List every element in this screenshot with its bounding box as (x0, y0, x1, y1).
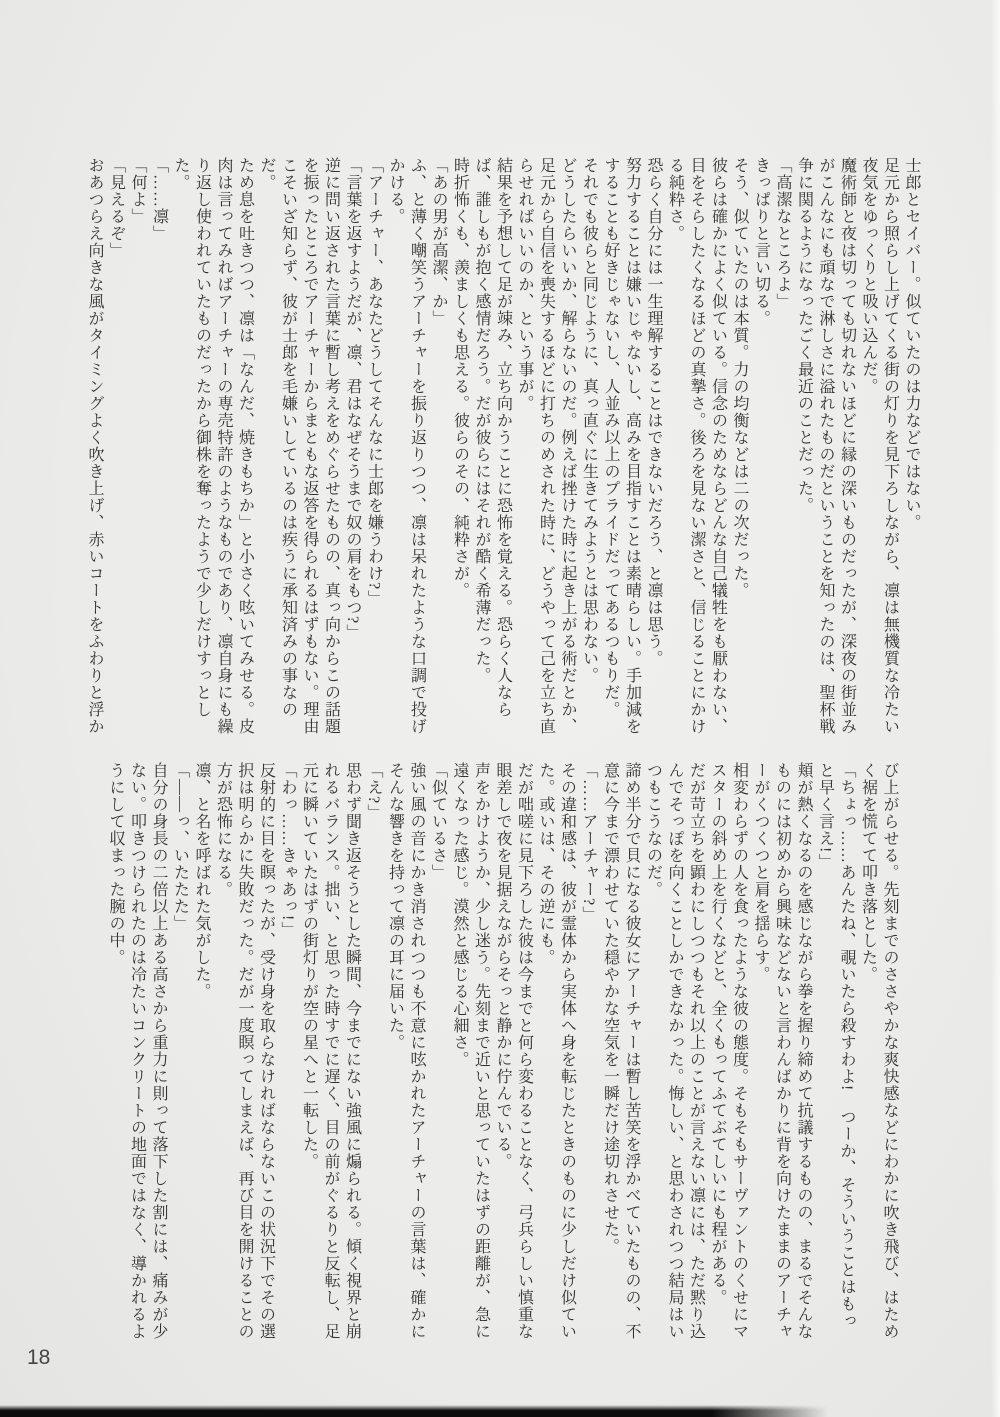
paragraph: び上がらせる。先刻までのささやかな爽快感などにわかに吹き飛び、はためく裾を慌てて… (857, 762, 900, 1342)
paragraph: 士郎とセイバー。似ていたのは力などではない。 (901, 157, 923, 737)
paragraph: 結果を予想して足が竦み、立ち向かうことに恐怖を覚える。恐らく人ならば、誰しもが抱… (471, 157, 514, 737)
paragraph: その違和感は、彼が霊体から実体へ身を転じたときのものに少しだけ似ていた。或いは、… (535, 762, 578, 1342)
paragraph: 相変わらずの人を食ったような彼の態度。そもそもサーヴァントのくせにマスターの斜め… (707, 762, 750, 1342)
paragraph: 「似ているさ」 (427, 762, 449, 1342)
paragraph: 「……アーチャー?」 (578, 762, 600, 1342)
paragraph: 自分の身長の二倍以上ある高さから重力に則って落下した割には、痛みが少ない。叩きつ… (105, 762, 170, 1342)
paragraph: だが咄嗟に見下ろした彼は今までと何ら変わることなく、弓兵らしい慎重な眼差しで夜を… (492, 762, 535, 1342)
scan-bottom-bar (0, 1405, 828, 1417)
page-number: 18 (27, 1346, 50, 1370)
text-band-lower: び上がらせる。先刻までのささやかな爽快感などにわかに吹き飛び、はためく裾を慌てて… (30, 762, 900, 1342)
paragraph: 恐らく自分には一生理解することはできないだろう、と凛は思う。 (643, 157, 665, 737)
paragraph: 諦め半分で貝になる彼女にアーチャーは暫し苦笑を浮かべていたものの、不意に今まで漂… (599, 762, 642, 1342)
paragraph: 足元から照らし上げてくる街の灯りを見下ろしながら、凛は無機質な冷たい夜気をゆっく… (858, 157, 901, 737)
paragraph: 「言葉を返すようだが、凛、君はなぜそうまで奴の肩をもつ?」 (342, 157, 364, 737)
paragraph: 凛、と名を呼ばれた気がした。 (191, 762, 213, 1342)
paragraph: 声をかけようか、少し迷う。先刻まで近いと思っていたはずの距離が、急に遠くなった感… (449, 762, 492, 1342)
paragraph: ふ、と薄く嘲笑うアーチャーを振り返りつつ、凛は呆れたような口調で投げかける。 (385, 157, 428, 737)
page-edge-highlight (991, 0, 1000, 1417)
paragraph: 頬が熱くなるのを感じながら拳を握り締めて抗議するものの、まるでそんなものには初め… (750, 762, 815, 1342)
paragraph: きっぱりと言い切る。 (750, 157, 772, 737)
scanned-page: 士郎とセイバー。似ていたのは力などではない。足元から照らし上げてくる街の灯りを見… (0, 0, 1000, 1417)
paragraph: 「え?」 (363, 762, 385, 1342)
paragraph: 「ちょっ……あんたね、覗いたら殺すわよ! つーか、そういうことはもっと早く言え!… (814, 762, 857, 1342)
text-band-upper: 士郎とセイバー。似ていたのは力などではない。足元から照らし上げてくる街の灯りを見… (52, 157, 922, 737)
paragraph: それでも彼らと同じように、真っ直ぐに生きてみようとは思わない。 (578, 157, 600, 737)
paragraph: そう、似ていたのは本質。力の均衡などは二の次だった。 (729, 157, 751, 737)
paragraph: ため息を吐きつつ、凛は「なんだ、焼きもちか」と小さく呟いてみせる。皮肉は言ってみ… (170, 157, 256, 737)
paragraph: 「高潔なところよ」 (772, 157, 794, 737)
paragraph: 魔術師と夜は切っても切れないほどに縁の深いものだったが、深夜の街並みがこんなにも… (793, 157, 858, 737)
paragraph: 「あの男が高潔、か」 (428, 157, 450, 737)
paragraph: 思わず聞き返そうとした瞬間、今までにない強風に煽られる。傾く視界と崩れるバランス… (298, 762, 363, 1342)
paragraph: 反射的に目を瞑ったが、受け身を取らなければならないこの状況下でその選択は明らかに… (212, 762, 277, 1342)
paragraph: だが苛立ちを顕わにしつつもそれ以上のことが言えない凛には、ただ黙り込んでそっぽを… (642, 762, 707, 1342)
paragraph: 「……凛」 (148, 157, 170, 737)
paragraph: 努力することは嫌いじゃないし、高みを目指すことは素晴らしい。手加減をすることも好… (600, 157, 643, 737)
paragraph: 彼らは確かによく似ている。信念のためならどんな自己犠牲をも厭わない、目をそらした… (664, 157, 729, 737)
paragraph: 「見えるぞ」 (105, 157, 127, 737)
paragraph: 強い風の音にかき消されつつも不意に呟かれたアーチャーの言葉は、確かにそんな響きを… (384, 762, 427, 1342)
paragraph: 逆に問い返された言葉に暫し考えをめぐらせたものの、真っ向からこの話題を振ったとこ… (256, 157, 342, 737)
paragraph: 「——っ、いたたた」 (169, 762, 191, 1342)
paragraph: 「わっ……きゃあっ!」 (277, 762, 299, 1342)
paragraph: 「アーチャー、あなたどうしてそんなに士郎を嫌うわけ?」 (363, 157, 385, 737)
paragraph: 「何よ」 (127, 157, 149, 737)
paragraph: 時折怖くも、羨ましくも思える。彼らのその、純粋さが。 (449, 157, 471, 737)
paragraph: おあつらえ向きな風がタイミングよく吹き上げ、赤いコートをふわりと浮か (84, 157, 106, 737)
paragraph: どうしたらいいか、解らないのだ。例えば挫けた時に起き上がる術だとか、足元から自信… (514, 157, 579, 737)
